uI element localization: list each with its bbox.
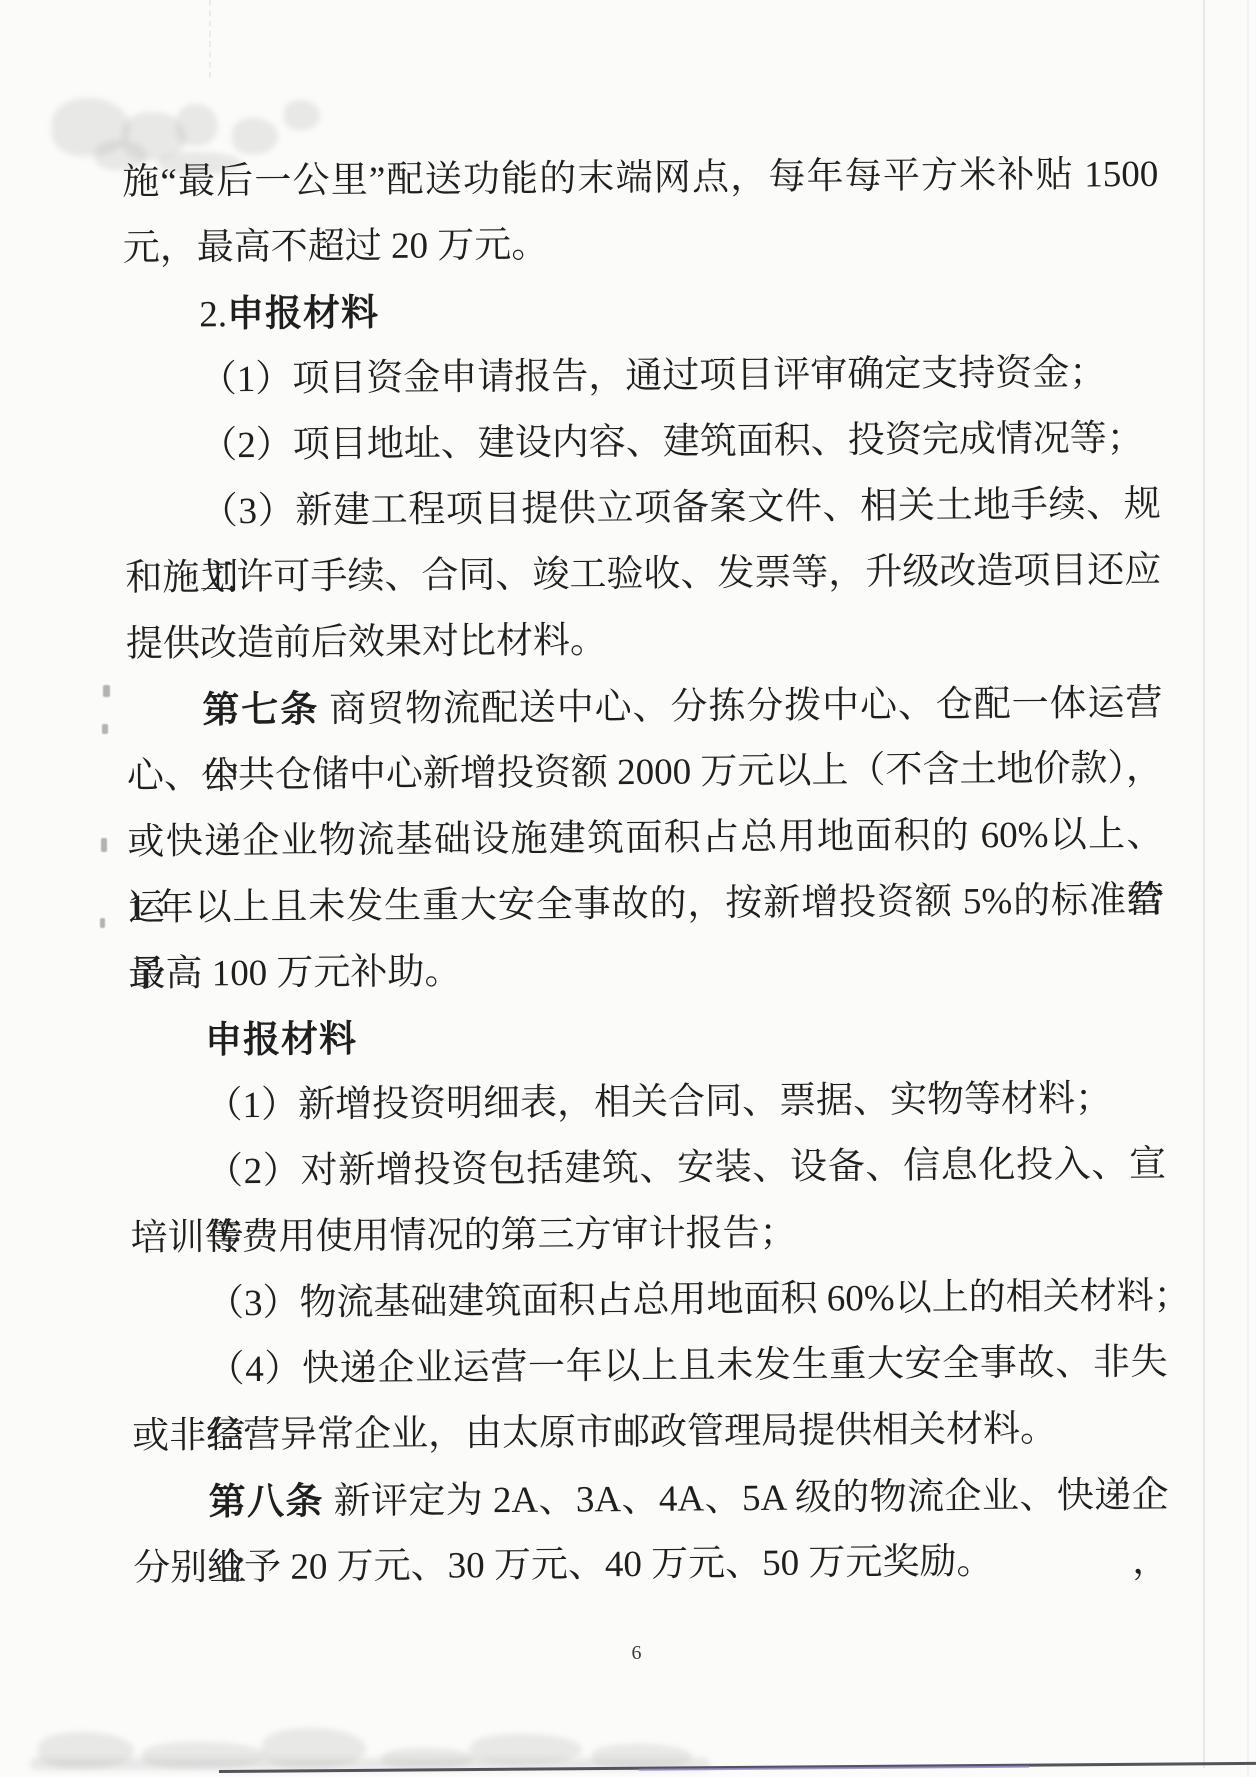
scan-smudge <box>262 1728 366 1768</box>
scan-smudge <box>176 104 218 146</box>
text-segment: 和施工许可手续、合同、竣工验收、发票等，升级改造项目还应 <box>125 550 1161 599</box>
text-segment: 元，最高不超过 20 万元。 <box>123 225 549 269</box>
text-segment: 培训等费用使用情况的第三方审计报告； <box>130 1213 796 1259</box>
document-body: 施“最后一公里”配送功能的末端网点，每年每平方米补贴 1500元，最高不超过 2… <box>122 142 1169 1602</box>
text-segment: 2. <box>199 294 227 335</box>
text-line: （2）对新增投资包括建筑、安装、设备、信息化投入、宣传 <box>130 1132 1166 1206</box>
scan-smudge <box>592 1744 692 1768</box>
scan-smudge <box>38 1732 134 1768</box>
text-segment: （1）项目资金申请报告，通过项目评审确定支持资金； <box>200 352 1107 400</box>
text-line: 申报材料 <box>129 1000 1165 1074</box>
heading-segment: 第七条 <box>202 688 319 730</box>
text-line: 心、公共仓储中心新增投资额 2000 万元以上（不含土地价款）， <box>127 736 1163 810</box>
text-line: （3）物流基础建筑面积占总用地面积 60%以上的相关材料； <box>131 1264 1167 1338</box>
text-line: 最高 100 万元补助。 <box>128 934 1164 1008</box>
scan-speck <box>102 724 108 734</box>
scan-smudge <box>52 98 130 156</box>
text-segment: 最高 100 万元补助。 <box>128 951 461 995</box>
text-line: 或快递企业物流基础设施建筑面积占总用地面积的 60%以上、运营 <box>127 802 1163 876</box>
text-line: 培训等费用使用情况的第三方审计报告； <box>130 1198 1166 1272</box>
text-line: （1）新增投资明细表，相关合同、票据、实物等材料； <box>129 1066 1165 1140</box>
page-number: 6 <box>0 1642 1256 1665</box>
text-line: （3）新建工程项目提供立项备案文件、相关土地手续、规划 <box>125 472 1161 546</box>
text-line: 1 年以上且未发生重大安全事故的，按新增投资额 5%的标准给予 <box>128 868 1164 942</box>
text-segment: 心、公共仓储中心新增投资额 2000 万元以上（不含土地价款）， <box>127 748 1163 797</box>
text-line: 提供改造前后效果对比材料。 <box>126 604 1162 678</box>
heading-segment: 申报材料 <box>205 1018 357 1060</box>
scan-smudge <box>142 1742 266 1768</box>
text-line: 第七条 商贸物流配送中心、分拣分拨中心、仓配一体运营中 <box>126 670 1162 744</box>
text-segment: 施“最后一公里”配送功能的末端网点，每年每平方米补贴 1500 <box>122 154 1158 203</box>
text-line: 2.申报材料 <box>123 274 1159 348</box>
text-segment: 或非经营异常企业，由太原市邮政管理局提供相关材料。 <box>132 1409 1057 1457</box>
scan-vertical-dash-top <box>209 0 213 78</box>
text-line: 施“最后一公里”配送功能的末端网点，每年每平方米补贴 1500 <box>122 142 1158 216</box>
scan-speck <box>103 685 110 697</box>
text-segment: 分别给予 20 万元、30 万元、40 万元、50 万元奖励。 <box>133 1541 994 1589</box>
scan-smudge <box>470 1734 582 1764</box>
heading-segment: 申报材料 <box>227 292 379 334</box>
text-segment: （3）物流基础建筑面积占总用地面积 60%以上的相关材料； <box>207 1276 1191 1325</box>
scan-vertical-line <box>1203 0 1205 1768</box>
text-line: 或非经营异常企业，由太原市邮政管理局提供相关材料。 <box>132 1396 1168 1470</box>
text-line: 第八条 新评定为 2A、3A、4A、5A 级的物流企业、快递企业， <box>132 1462 1168 1536</box>
scan-smudge <box>284 100 320 130</box>
text-line: （1）项目资金申请报告，通过项目评审确定支持资金； <box>124 340 1160 414</box>
scan-speck <box>101 838 107 852</box>
text-line: （4）快递企业运营一年以上且未发生重大安全事故、非失信 <box>131 1330 1167 1404</box>
text-line: （2）项目地址、建设内容、建筑面积、投资完成情况等； <box>124 406 1160 480</box>
text-line: 元，最高不超过 20 万元。 <box>123 208 1159 282</box>
text-line: 和施工许可手续、合同、竣工验收、发票等，升级改造项目还应 <box>125 538 1161 612</box>
scanned-page: { "document": { "page_number": "6", "lin… <box>0 0 1256 1777</box>
text-segment: （2）项目地址、建设内容、建筑面积、投资完成情况等； <box>200 418 1144 466</box>
text-segment: （1）新增投资明细表，相关合同、票据、实物等材料； <box>205 1078 1112 1126</box>
heading-segment: 第八条 <box>208 1480 324 1522</box>
scan-page-edge-line <box>219 1762 1256 1773</box>
text-segment: 提供改造前后效果对比材料。 <box>126 620 607 665</box>
scan-page-edge-accent <box>639 1766 1029 1771</box>
scan-speck <box>100 918 105 928</box>
scan-vertical-line-right <box>1247 0 1249 1777</box>
scan-smudge <box>382 1748 474 1768</box>
